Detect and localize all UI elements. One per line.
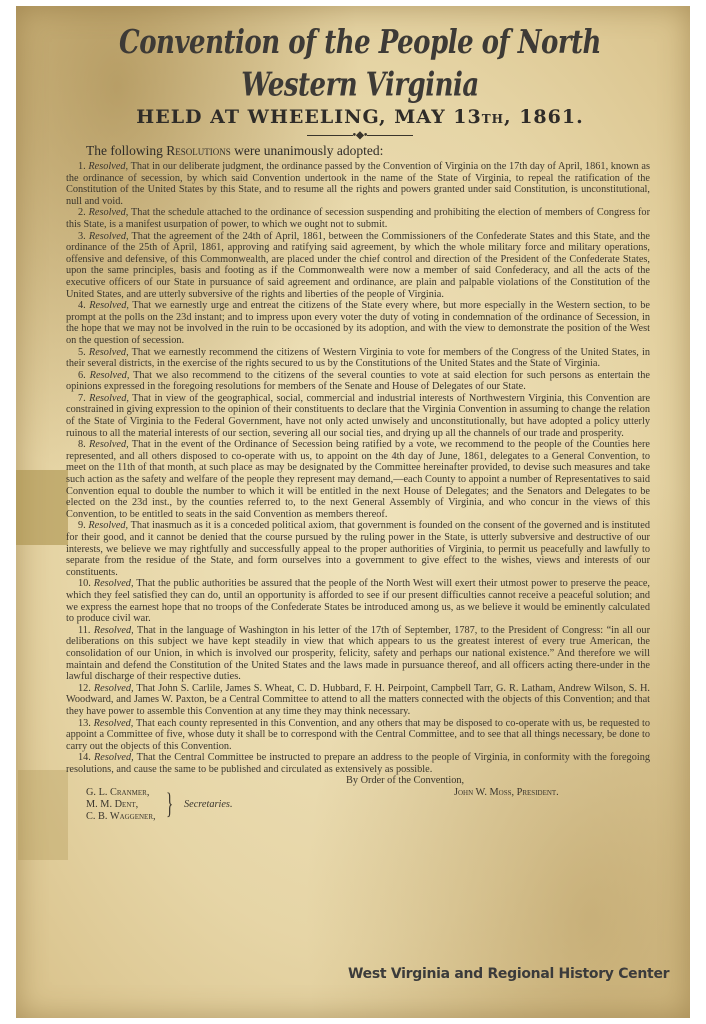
resolved-label: Resolved,: [89, 207, 129, 218]
resolutions-list: 1. Resolved, That in our deliberate judg…: [66, 161, 654, 775]
resolution-text: That in the event of the Ordinance of Se…: [66, 439, 650, 520]
resolution-text: That each county represented in this Con…: [66, 718, 650, 752]
tape-stain: [18, 770, 68, 860]
intro-line: The following Resolutions were unanimous…: [86, 143, 654, 159]
resolved-label: Resolved,: [89, 393, 129, 404]
president-signature: John W. Moss, President.: [454, 787, 559, 799]
resolved-label: Resolved,: [90, 370, 130, 381]
resolution-item: 9. Resolved, That inasmuch as it is a co…: [66, 520, 650, 578]
resolution-number: 5.: [78, 347, 86, 358]
intro-post: were unanimously adopted:: [231, 143, 384, 158]
secretary-name: M. M. Dent,: [86, 799, 156, 811]
resolution-number: 2.: [78, 207, 86, 218]
resolution-item: 13. Resolved, That each county represent…: [66, 718, 650, 753]
resolution-number: 1.: [78, 161, 86, 172]
resolved-label: Resolved,: [94, 578, 134, 589]
secretary-name: C. B. Waggener,: [86, 811, 156, 823]
resolved-label: Resolved,: [94, 683, 134, 694]
resolution-number: 7.: [78, 393, 86, 404]
resolved-label: Resolved,: [89, 439, 129, 450]
resolution-text: That John S. Carlile, James S. Wheat, C.…: [66, 683, 650, 717]
resolution-text: That the schedule attached to the ordina…: [66, 207, 650, 230]
resolution-number: 12.: [78, 683, 91, 694]
signature-block: By Order of the Convention, John W. Moss…: [66, 775, 654, 835]
resolution-number: 6.: [78, 370, 86, 381]
resolution-number: 9.: [78, 520, 86, 531]
secretary-name: G. L. Cranmer,: [86, 787, 156, 799]
resolved-label: Resolved,: [94, 752, 134, 763]
ornament-glyph: •◆•: [353, 130, 368, 141]
resolved-label: Resolved,: [89, 347, 129, 358]
resolution-text: That we earnestly urge and entreat the c…: [66, 300, 650, 346]
resolution-number: 13.: [78, 718, 91, 729]
resolution-item: 4. Resolved, That we earnestly urge and …: [66, 300, 650, 346]
intro-resolutions: Resolutions: [166, 143, 231, 158]
resolution-item: 1. Resolved, That in our deliberate judg…: [66, 161, 650, 207]
resolved-label: Resolved,: [94, 625, 134, 636]
archive-credit-watermark: West Virginia and Regional History Cente…: [348, 966, 669, 982]
resolved-label: Resolved,: [94, 718, 134, 729]
resolution-text: That the agreement of the 24th of April,…: [66, 231, 650, 300]
resolution-item: 5. Resolved, That we earnestly recommend…: [66, 347, 650, 370]
resolved-label: Resolved,: [89, 231, 129, 242]
resolved-label: Resolved,: [89, 300, 129, 311]
subtitle-year: , 1861.: [504, 106, 584, 128]
resolution-number: 3.: [78, 231, 86, 242]
resolved-label: Resolved,: [88, 161, 128, 172]
ornament-divider: •◆•: [66, 131, 654, 141]
by-order-line: By Order of the Convention,: [346, 775, 464, 787]
resolution-number: 8.: [78, 439, 86, 450]
resolution-text: That in the language of Washington in hi…: [66, 625, 650, 682]
resolution-item: 8. Resolved, That in the event of the Or…: [66, 439, 650, 520]
document-subtitle: HELD AT WHEELING, MAY 13TH, 1861.: [66, 106, 654, 130]
subtitle-suffix: TH: [482, 112, 504, 126]
resolution-item: 2. Resolved, That the schedule attached …: [66, 207, 650, 230]
resolution-item: 10. Resolved, That the public authoritie…: [66, 578, 650, 624]
resolution-item: 7. Resolved, That in view of the geograp…: [66, 393, 650, 439]
resolution-number: 11.: [78, 625, 91, 636]
resolution-item: 3. Resolved, That the agreement of the 2…: [66, 231, 650, 301]
resolved-label: Resolved,: [88, 520, 128, 531]
resolution-item: 11. Resolved, That in the language of Wa…: [66, 625, 650, 683]
resolution-text: That we earnestly recommend the citizens…: [66, 347, 650, 370]
broadside-content: Convention of the People of North Wester…: [66, 30, 654, 835]
resolution-text: That the public authorities be assured t…: [66, 578, 650, 624]
resolution-item: 14. Resolved, That the Central Committee…: [66, 752, 650, 775]
resolution-number: 4.: [78, 300, 86, 311]
tape-stain: [16, 470, 68, 545]
resolution-text: That in view of the geographical, social…: [66, 393, 650, 439]
resolution-item: 12. Resolved, That John S. Carlile, Jame…: [66, 683, 650, 718]
subtitle-text: HELD AT WHEELING, MAY 13: [136, 106, 481, 128]
resolution-number: 14.: [78, 752, 91, 763]
document-title: Convention of the People of North Wester…: [66, 22, 654, 107]
resolution-number: 10.: [78, 578, 91, 589]
intro-pre: The following: [86, 143, 166, 158]
secretaries-list: G. L. Cranmer, M. M. Dent, C. B. Waggene…: [86, 787, 156, 822]
brace-icon: }: [166, 787, 173, 821]
resolution-text: That we also recommend to the citizens o…: [66, 370, 650, 393]
resolution-text: That the Central Committee be instructed…: [66, 752, 650, 775]
resolution-text: That inasmuch as it is a conceded politi…: [66, 520, 650, 577]
resolution-item: 6. Resolved, That we also recommend to t…: [66, 370, 650, 393]
secretaries-label: Secretaries.: [184, 799, 233, 811]
resolution-text: That in our deliberate judgment, the ord…: [66, 161, 650, 207]
